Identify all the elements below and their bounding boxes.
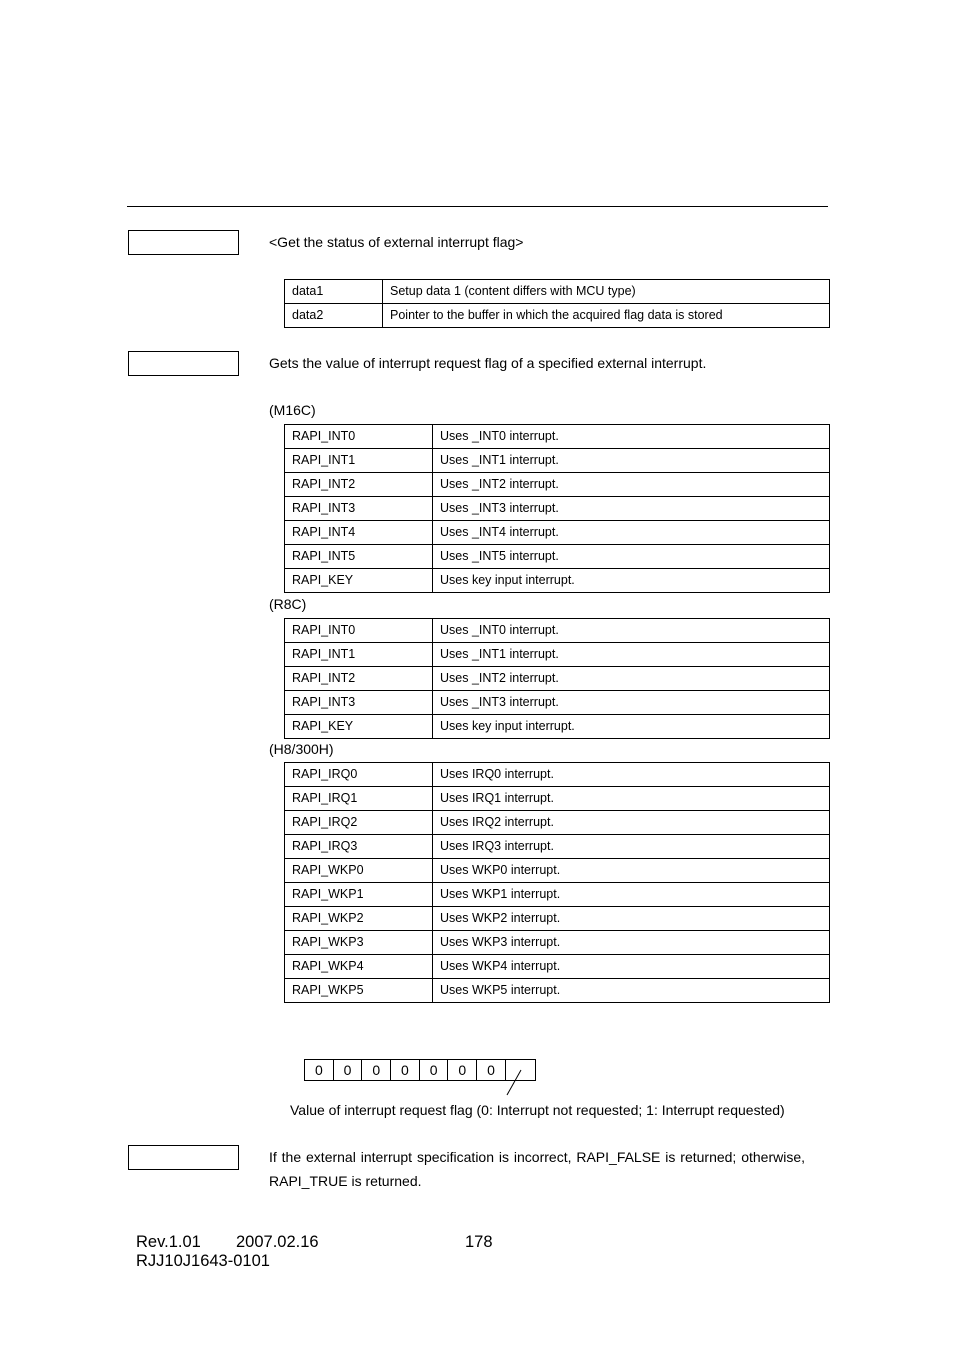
flag-bit-pointer-line bbox=[500, 1066, 530, 1098]
flag-bit-caption: Value of interrupt request flag (0: Inte… bbox=[290, 1101, 785, 1119]
interrupt-constant: RAPI_IRQ1 bbox=[285, 787, 433, 811]
interrupt-constant: RAPI_WKP2 bbox=[285, 907, 433, 931]
interrupt-description: Uses _INT2 interrupt. bbox=[433, 473, 830, 497]
flag-bit-cell: 0 bbox=[362, 1060, 391, 1080]
flag-bit-cell: 0 bbox=[391, 1060, 420, 1080]
interrupt-description: Uses _INT0 interrupt. bbox=[433, 425, 830, 449]
footer-revision: Rev.1.01 bbox=[136, 1232, 201, 1252]
interrupt-description: Uses IRQ3 interrupt. bbox=[433, 835, 830, 859]
argument-row: data1Setup data 1 (content differs with … bbox=[285, 280, 830, 304]
interrupt-description: Uses WKP4 interrupt. bbox=[433, 955, 830, 979]
interrupt-constant: RAPI_INT5 bbox=[285, 545, 433, 569]
arguments-table: data1Setup data 1 (content differs with … bbox=[284, 279, 830, 328]
header-rule bbox=[127, 206, 828, 207]
table-row: RAPI_INT3Uses _INT3 interrupt. bbox=[285, 691, 830, 715]
interrupt-description: Uses _INT3 interrupt. bbox=[433, 691, 830, 715]
argument-description: Setup data 1 (content differs with MCU t… bbox=[383, 280, 830, 304]
interrupt-description: Uses WKP3 interrupt. bbox=[433, 931, 830, 955]
description-label-box bbox=[128, 351, 239, 376]
return-value-line1: If the external interrupt specification … bbox=[269, 1148, 805, 1166]
mcu-table-label: (M16C) bbox=[269, 402, 316, 418]
interrupt-constant: RAPI_WKP1 bbox=[285, 883, 433, 907]
syntax-label-box bbox=[128, 230, 239, 255]
interrupt-constant: RAPI_INT1 bbox=[285, 643, 433, 667]
footer-page-number: 178 bbox=[465, 1232, 493, 1252]
interrupt-description: Uses _INT2 interrupt. bbox=[433, 667, 830, 691]
mcu-interrupt-table: RAPI_INT0Uses _INT0 interrupt.RAPI_INT1U… bbox=[284, 618, 830, 739]
interrupt-description: Uses IRQ2 interrupt. bbox=[433, 811, 830, 835]
interrupt-constant: RAPI_WKP3 bbox=[285, 931, 433, 955]
interrupt-constant: RAPI_KEY bbox=[285, 569, 433, 593]
interrupt-description: Uses WKP0 interrupt. bbox=[433, 859, 830, 883]
interrupt-description: Uses WKP2 interrupt. bbox=[433, 907, 830, 931]
flag-bit-cell: 0 bbox=[420, 1060, 449, 1080]
table-row: RAPI_IRQ1Uses IRQ1 interrupt. bbox=[285, 787, 830, 811]
table-row: RAPI_INT0Uses _INT0 interrupt. bbox=[285, 619, 830, 643]
table-row: RAPI_INT4Uses _INT4 interrupt. bbox=[285, 521, 830, 545]
interrupt-description: Uses _INT1 interrupt. bbox=[433, 643, 830, 667]
table-row: RAPI_INT2Uses _INT2 interrupt. bbox=[285, 667, 830, 691]
interrupt-description: Uses IRQ0 interrupt. bbox=[433, 763, 830, 787]
return-value-label-box bbox=[128, 1145, 239, 1170]
footer-date: 2007.02.16 bbox=[236, 1232, 319, 1252]
interrupt-constant: RAPI_WKP4 bbox=[285, 955, 433, 979]
table-row: RAPI_KEYUses key input interrupt. bbox=[285, 569, 830, 593]
argument-name: data2 bbox=[285, 304, 383, 328]
interrupt-constant: RAPI_IRQ0 bbox=[285, 763, 433, 787]
mcu-table-label: (H8/300H) bbox=[269, 741, 334, 757]
syntax-heading: <Get the status of external interrupt fl… bbox=[269, 233, 523, 251]
table-row: RAPI_WKP5Uses WKP5 interrupt. bbox=[285, 979, 830, 1003]
argument-row: data2Pointer to the buffer in which the … bbox=[285, 304, 830, 328]
interrupt-constant: RAPI_IRQ3 bbox=[285, 835, 433, 859]
description-text: Gets the value of interrupt request flag… bbox=[269, 354, 706, 372]
interrupt-description: Uses IRQ1 interrupt. bbox=[433, 787, 830, 811]
argument-name: data1 bbox=[285, 280, 383, 304]
interrupt-constant: RAPI_INT3 bbox=[285, 691, 433, 715]
interrupt-constant: RAPI_INT2 bbox=[285, 473, 433, 497]
interrupt-constant: RAPI_INT2 bbox=[285, 667, 433, 691]
interrupt-description: Uses key input interrupt. bbox=[433, 569, 830, 593]
mcu-interrupt-table: RAPI_IRQ0Uses IRQ0 interrupt.RAPI_IRQ1Us… bbox=[284, 762, 830, 1003]
return-value-line2: RAPI_TRUE is returned. bbox=[269, 1172, 422, 1190]
interrupt-constant: RAPI_INT1 bbox=[285, 449, 433, 473]
table-row: RAPI_KEYUses key input interrupt. bbox=[285, 715, 830, 739]
interrupt-constant: RAPI_IRQ2 bbox=[285, 811, 433, 835]
interrupt-description: Uses _INT4 interrupt. bbox=[433, 521, 830, 545]
interrupt-description: Uses WKP5 interrupt. bbox=[433, 979, 830, 1003]
table-row: RAPI_INT2Uses _INT2 interrupt. bbox=[285, 473, 830, 497]
table-row: RAPI_INT5Uses _INT5 interrupt. bbox=[285, 545, 830, 569]
interrupt-description: Uses _INT1 interrupt. bbox=[433, 449, 830, 473]
interrupt-description: Uses _INT5 interrupt. bbox=[433, 545, 830, 569]
table-row: RAPI_IRQ3Uses IRQ3 interrupt. bbox=[285, 835, 830, 859]
table-row: RAPI_INT1Uses _INT1 interrupt. bbox=[285, 449, 830, 473]
mcu-table-label: (R8C) bbox=[269, 596, 306, 612]
interrupt-description: Uses WKP1 interrupt. bbox=[433, 883, 830, 907]
table-row: RAPI_WKP4Uses WKP4 interrupt. bbox=[285, 955, 830, 979]
interrupt-constant: RAPI_INT0 bbox=[285, 619, 433, 643]
interrupt-constant: RAPI_KEY bbox=[285, 715, 433, 739]
interrupt-description: Uses _INT3 interrupt. bbox=[433, 497, 830, 521]
table-row: RAPI_INT1Uses _INT1 interrupt. bbox=[285, 643, 830, 667]
interrupt-description: Uses _INT0 interrupt. bbox=[433, 619, 830, 643]
table-row: RAPI_WKP2Uses WKP2 interrupt. bbox=[285, 907, 830, 931]
table-row: RAPI_WKP3Uses WKP3 interrupt. bbox=[285, 931, 830, 955]
flag-bit-cell: 0 bbox=[448, 1060, 477, 1080]
table-row: RAPI_IRQ0Uses IRQ0 interrupt. bbox=[285, 763, 830, 787]
interrupt-description: Uses key input interrupt. bbox=[433, 715, 830, 739]
table-row: RAPI_INT3Uses _INT3 interrupt. bbox=[285, 497, 830, 521]
table-row: RAPI_WKP0Uses WKP0 interrupt. bbox=[285, 859, 830, 883]
mcu-interrupt-table: RAPI_INT0Uses _INT0 interrupt.RAPI_INT1U… bbox=[284, 424, 830, 593]
footer-doc-number: RJJ10J1643-0101 bbox=[136, 1251, 270, 1271]
interrupt-constant: RAPI_INT0 bbox=[285, 425, 433, 449]
flag-bit-cell: 0 bbox=[305, 1060, 334, 1080]
table-row: RAPI_INT0Uses _INT0 interrupt. bbox=[285, 425, 830, 449]
interrupt-constant: RAPI_WKP5 bbox=[285, 979, 433, 1003]
flag-bit-cell: 0 bbox=[334, 1060, 363, 1080]
interrupt-constant: RAPI_INT4 bbox=[285, 521, 433, 545]
interrupt-constant: RAPI_WKP0 bbox=[285, 859, 433, 883]
table-row: RAPI_WKP1Uses WKP1 interrupt. bbox=[285, 883, 830, 907]
interrupt-constant: RAPI_INT3 bbox=[285, 497, 433, 521]
argument-description: Pointer to the buffer in which the acqui… bbox=[383, 304, 830, 328]
table-row: RAPI_IRQ2Uses IRQ2 interrupt. bbox=[285, 811, 830, 835]
